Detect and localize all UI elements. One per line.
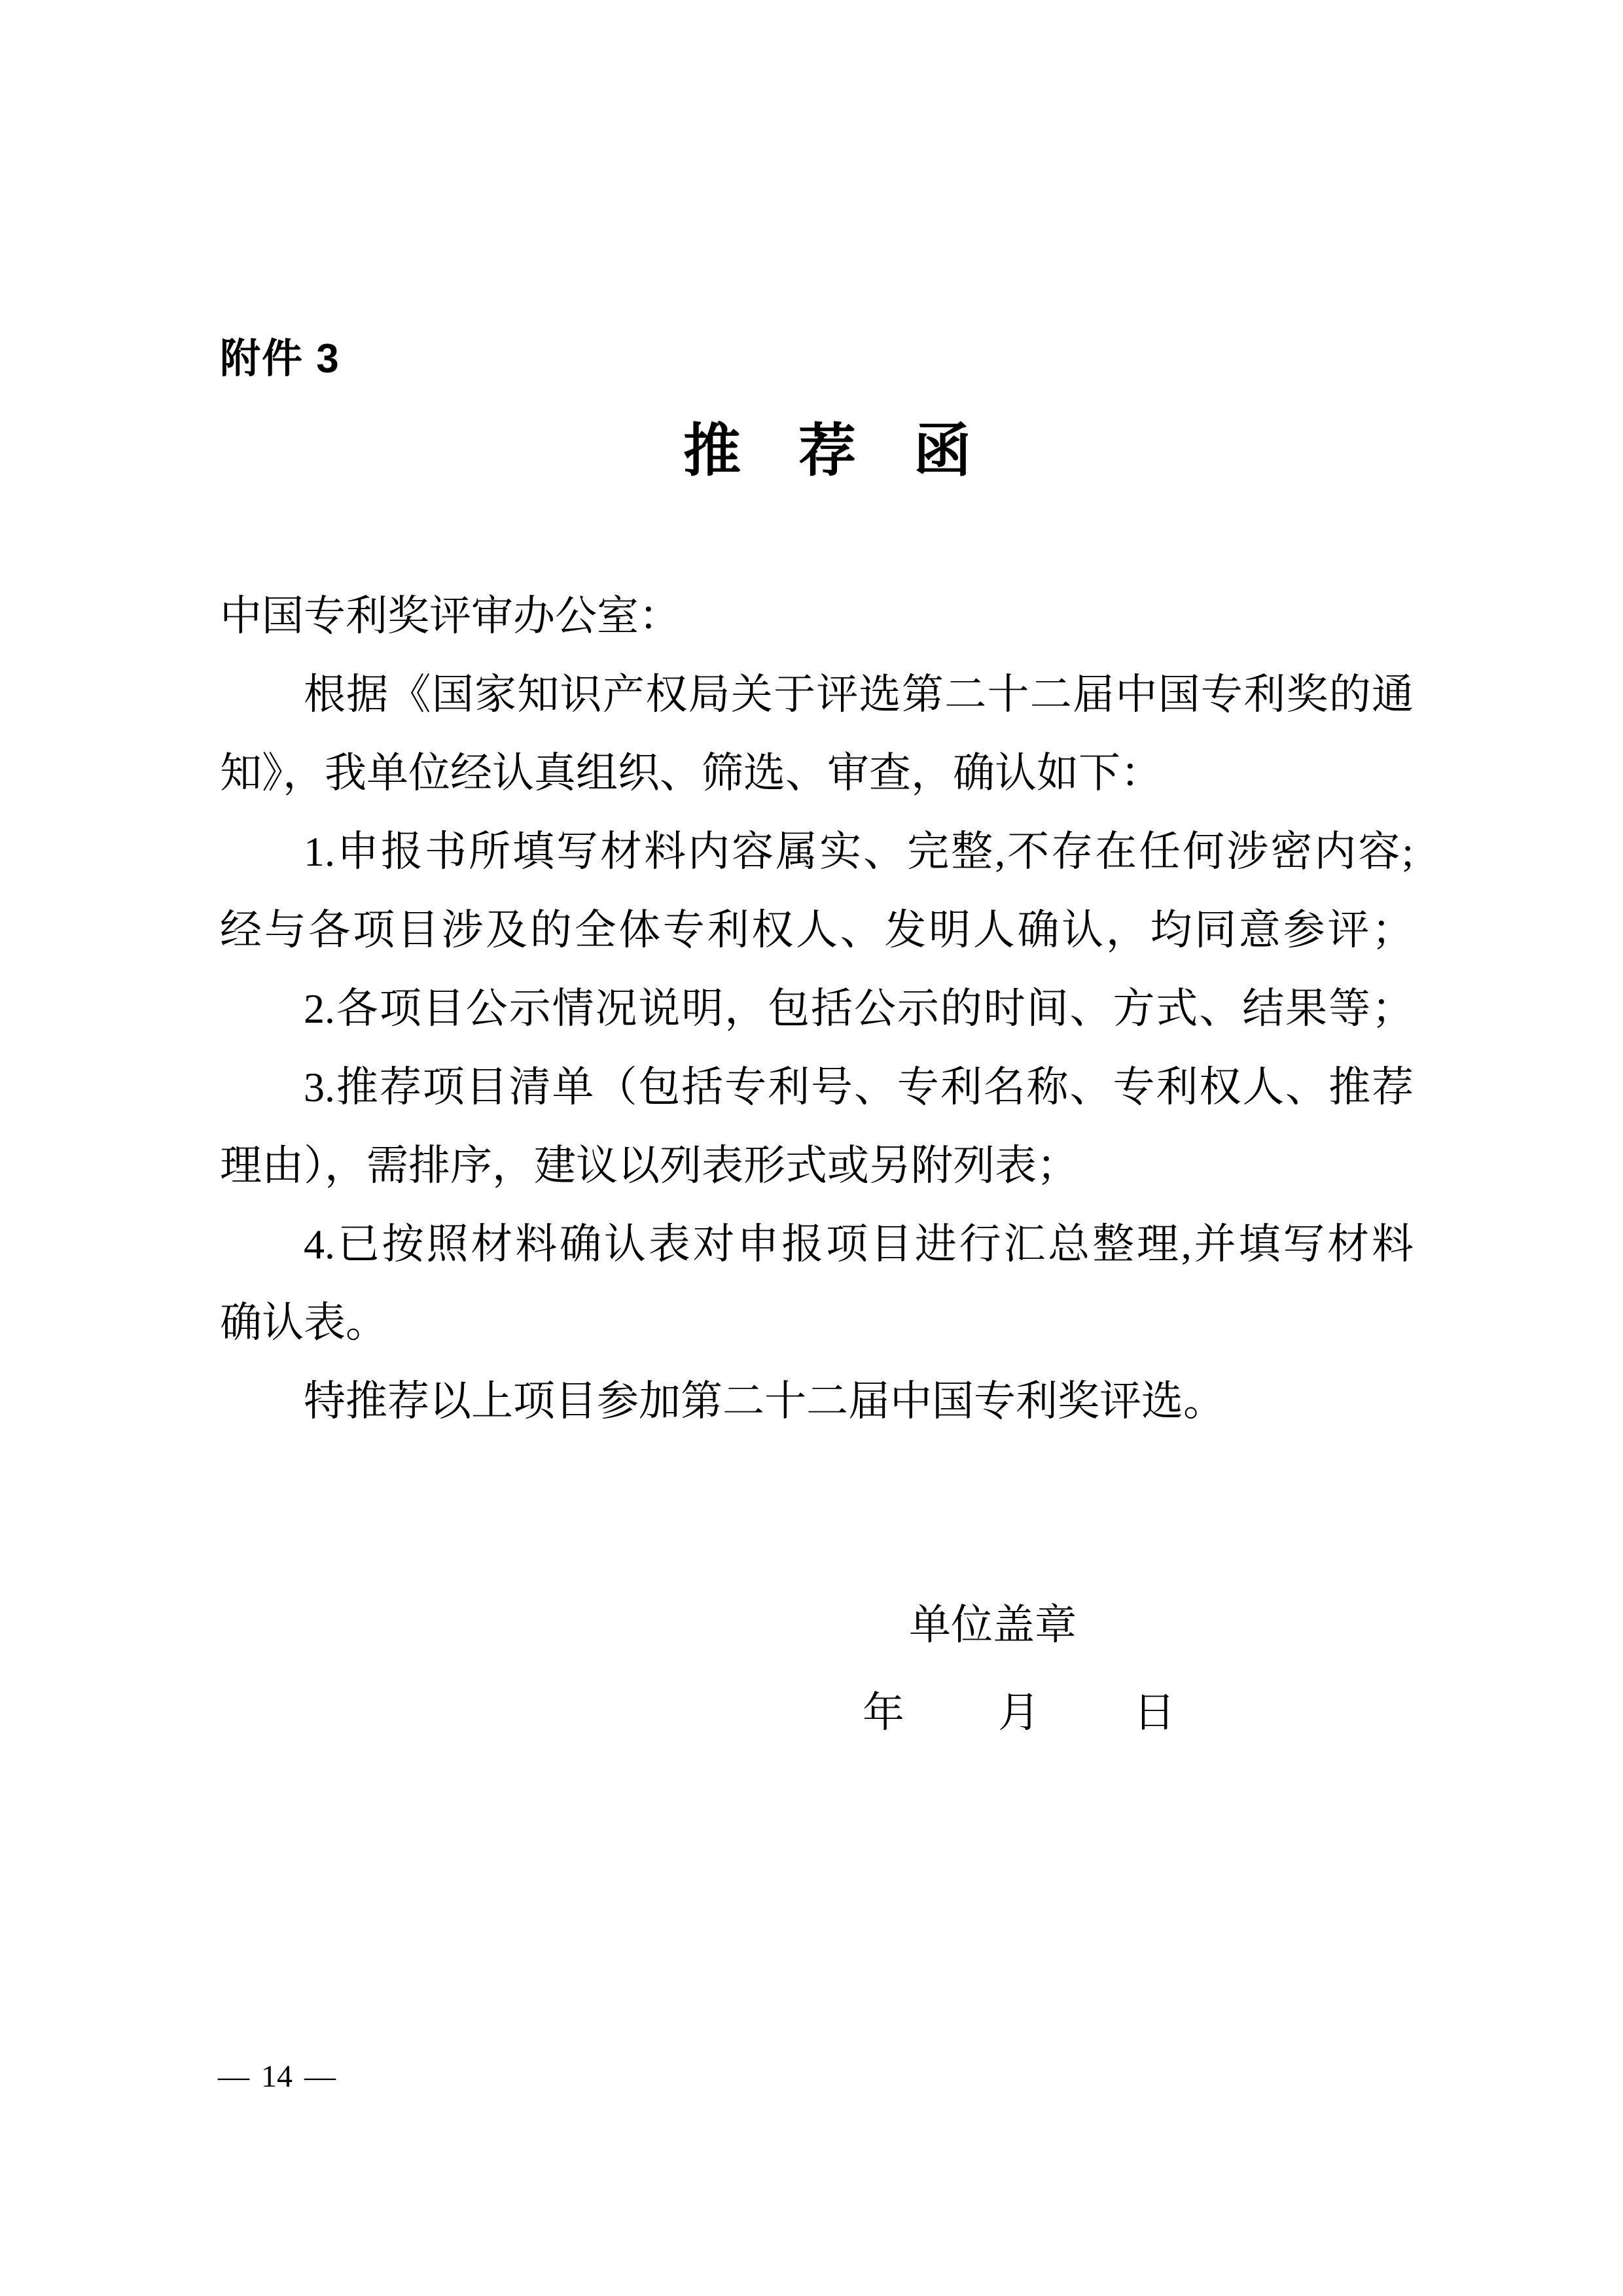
page-number: — 14 —: [218, 2058, 336, 2094]
date-line: 年 月 日: [863, 1679, 1179, 1739]
salutation-line: 中国专利奖评审办公室：: [220, 577, 1414, 656]
document-body: 中国专利奖评审办公室： 根据《国家知识产权局关于评选第二十二届中国专利奖的通 知…: [220, 577, 1414, 1441]
document-page: 附件 3 推 荐 函 中国专利奖评审办公室： 根据《国家知识产权局关于评选第二十…: [0, 0, 1623, 2296]
body-line: 4.已按照材料确认表对申报项目进行汇总整理,并填写材料: [220, 1205, 1414, 1284]
body-line: 理由），需排序，建议以列表形式或另附列表；: [220, 1127, 1414, 1205]
document-title: 推 荐 函: [16, 416, 1623, 488]
body-line: 经与各项目涉及的全体专利权人、发明人确认，均同意参评；: [220, 891, 1414, 970]
body-line: 3.推荐项目清单（包括专利号、专利名称、专利权人、推荐: [220, 1048, 1414, 1127]
body-line: 1.申报书所填写材料内容属实、完整,不存在任何涉密内容;: [220, 813, 1414, 891]
attachment-label: 附件 3: [220, 326, 340, 384]
body-line: 知》，我单位经认真组织、筛选、审查，确认如下：: [220, 734, 1414, 813]
body-line: 根据《国家知识产权局关于评选第二十二届中国专利奖的通: [220, 656, 1414, 734]
body-line: 2.各项目公示情况说明，包括公示的时间、方式、结果等；: [220, 970, 1414, 1048]
body-line: 特推荐以上项目参加第二十二届中国专利奖评选。: [220, 1362, 1414, 1441]
seal-label: 单位盖章: [909, 1591, 1077, 1651]
body-line: 确认表。: [220, 1284, 1414, 1362]
